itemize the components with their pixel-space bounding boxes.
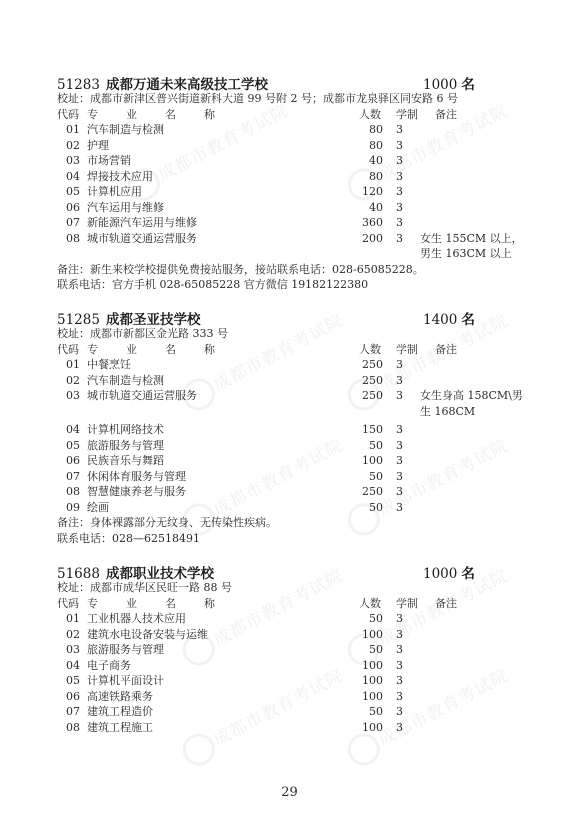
- school-quota: 1400名: [423, 308, 475, 328]
- school-remark: 备注：身体裸露部分无纹身、无传染性疾病。: [57, 515, 527, 531]
- table-header: 代码 专业名称 人数 学制 备注: [57, 596, 527, 612]
- school-section: 51285成都圣亚技学校 1400名 校址：成都市新都区金光路 333 号 代码…: [57, 308, 527, 546]
- school-address: 校址：成都市新津区普兴街道新科大道 99 号附 2 号；成都市龙泉驿区同安路 6…: [57, 91, 527, 107]
- table-row: 05旅游服务与管理503: [57, 438, 527, 454]
- table-row: 02护理803: [57, 138, 527, 154]
- table-row: 02汽车制造与检测2503: [57, 373, 527, 389]
- table-row: 05计算机应用1203: [57, 184, 527, 200]
- table-row: 04电子商务1003: [57, 658, 527, 674]
- table-row: 08智慧健康养老与服务2503: [57, 484, 527, 500]
- school-address: 校址：成都市新都区金光路 333 号: [57, 326, 527, 342]
- school-section: 51688成都职业技术学校 1000名 校址：成都市成华区民旺一路 88 号 代…: [57, 562, 527, 735]
- table-row: 07休闲体育服务与管理503: [57, 469, 527, 485]
- school-contact: 联系电话：官方手机 028-65085228 官方微信 19182122380: [57, 277, 527, 293]
- page-number: 29: [0, 785, 579, 800]
- school-remark: 备注：新生来校学校提供免费接站服务，接站联系电话：028-65085228。: [57, 262, 527, 278]
- table-header: 代码 专业名称 人数 学制 备注: [57, 342, 527, 358]
- school-title: 51283成都万通未来高级技工学校: [57, 73, 268, 93]
- school-title: 51285成都圣亚技学校: [57, 308, 200, 328]
- table-row: 07新能源汽车运用与维修3603: [57, 215, 527, 231]
- school-quota: 1000名: [423, 73, 475, 93]
- table-row: 04焊接技术应用803: [57, 169, 527, 185]
- table-row: 03城市轨道交通运营服务2503女生身高 158CM\男生 168CM: [57, 388, 527, 422]
- table-row: 07建筑工程造价503: [57, 704, 527, 720]
- table-row: 06汽车运用与维修403: [57, 200, 527, 216]
- table-row: 05计算机平面设计1003: [57, 673, 527, 689]
- table-row: 08建筑工程施工1003: [57, 720, 527, 736]
- table-row: 06高速铁路乘务1003: [57, 689, 527, 705]
- table-row: 08城市轨道交通运营服务2003女生 155CM 以上，男生 163CM 以上: [57, 231, 527, 262]
- school-title-row: 51285成都圣亚技学校 1400名: [57, 308, 527, 326]
- school-contact: 联系电话：028—62518491: [57, 531, 527, 547]
- table-row: 01中餐烹饪2503: [57, 357, 527, 373]
- table-row: 06民族音乐与舞蹈1003: [57, 453, 527, 469]
- table-row: 01汽车制造与检测803: [57, 122, 527, 138]
- school-title: 51688成都职业技术学校: [57, 562, 214, 582]
- school-quota: 1000名: [423, 562, 475, 582]
- table-row: 03市场营销403: [57, 153, 527, 169]
- table-header: 代码 专业名称 人数 学制 备注: [57, 107, 527, 123]
- school-title-row: 51688成都职业技术学校 1000名: [57, 562, 527, 580]
- table-row: 01工业机器人技术应用503: [57, 611, 527, 627]
- school-title-row: 51283成都万通未来高级技工学校 1000名: [57, 73, 527, 91]
- table-row: 03旅游服务与管理503: [57, 642, 527, 658]
- school-section: 51283成都万通未来高级技工学校 1000名 校址：成都市新津区普兴街道新科大…: [57, 73, 527, 293]
- table-row: 02建筑水电设备安装与运维1003: [57, 627, 527, 643]
- table-row: 09绘画503: [57, 500, 527, 516]
- school-address: 校址：成都市成华区民旺一路 88 号: [57, 580, 527, 596]
- table-row: 04计算机网络技术1503: [57, 422, 527, 438]
- document-page: 成都市教育考试院 成都市教育考试院 成都市教育考试院 成都市教育考试院 成都市教…: [0, 0, 579, 819]
